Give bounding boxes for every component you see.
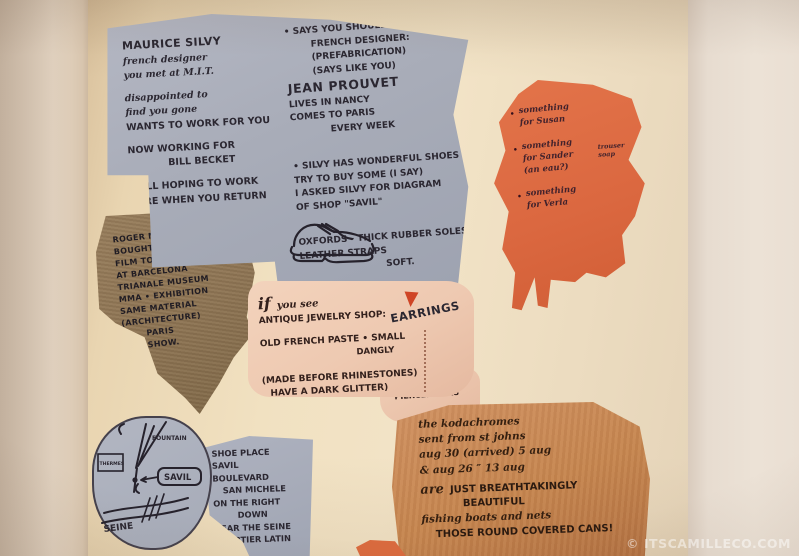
bullet-dot: • [512, 144, 520, 178]
wall-right [688, 0, 799, 556]
note-map-blob: FOUNTAIN THERMES SAVIL SEINE [92, 416, 212, 550]
map-label-fountain: FOUNTAIN [152, 435, 187, 442]
hand-drawn-map: FOUNTAIN THERMES SAVIL SEINE [94, 418, 205, 543]
note-pink-jewelry: if you see ANTIQUE JEWELRY SHOP: OLD FRE… [248, 281, 474, 397]
list-item: • something for Verla [516, 181, 628, 214]
map-label-thermes: THERMES [100, 461, 125, 467]
photo-of-handwritten-notes-on-wall: MAURICE SILVY french designer you met at… [0, 0, 799, 556]
gift-text: something for Verla [526, 185, 578, 213]
list-item: • something for Susan [509, 97, 621, 130]
map-label-savil: SAVIL [164, 473, 192, 483]
gift-side-note: trouser soap [597, 141, 625, 160]
kodachrome-are: are [420, 482, 444, 498]
bullet-dot: • [516, 192, 523, 214]
gift-list: • something for Susan • something for Sa… [509, 97, 629, 225]
jewelry-you-see: you see [277, 298, 319, 311]
shoe-sketch [286, 210, 380, 264]
map-hook [136, 484, 139, 493]
note-kodachromes: the kodachromes sent from st johns aug 3… [392, 402, 650, 556]
map-bridge-hatch [142, 494, 164, 522]
jewelry-if: if [257, 294, 271, 314]
gift-text: something for Sander (an eau?) [521, 137, 574, 177]
shoe-sketch-drawing [286, 210, 380, 264]
kodachrome-text: the kodachromes sent from st johns aug 3… [418, 410, 637, 543]
note-blue-silvy: MAURICE SILVY french designer you met at… [100, 14, 472, 302]
wall-left [0, 0, 96, 556]
map-arrow [141, 477, 158, 482]
map-squiggle [119, 424, 124, 434]
jewelry-text: if you see ANTIQUE JEWELRY SHOP: OLD FRE… [257, 284, 467, 402]
map-location-dot [132, 477, 137, 482]
gift-text: something for Susan [518, 102, 570, 130]
red-triangle-marker [403, 292, 418, 308]
bullet-dot: • [509, 109, 516, 131]
map-label-seine: SEINE [103, 521, 134, 535]
dotted-divider-line [424, 330, 426, 392]
watermark: © ITSCAMILLECO.COM [626, 536, 791, 551]
